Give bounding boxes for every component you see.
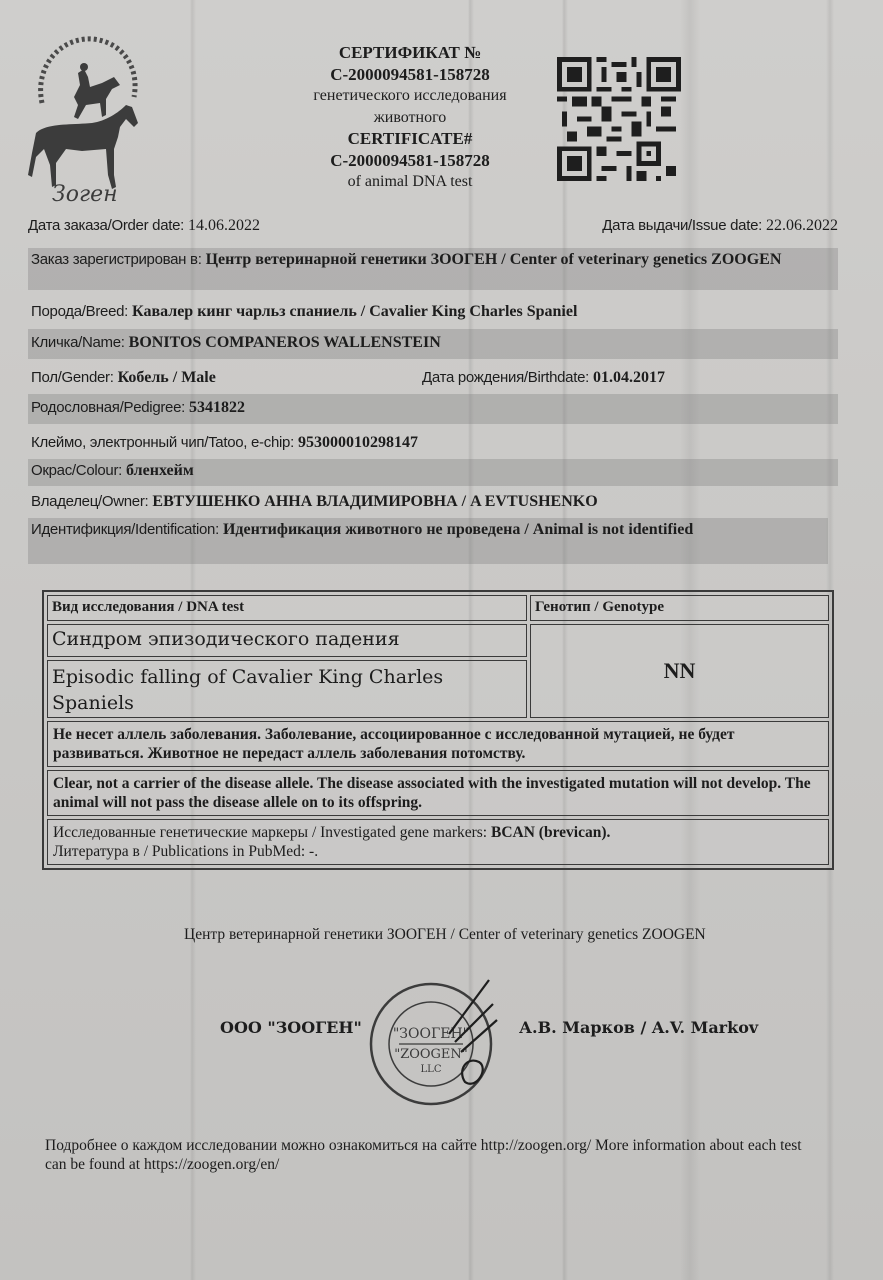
subtitle-ru-2: животного xyxy=(265,107,555,129)
title-ru: СЕРТИФИКАТ № xyxy=(265,42,555,64)
dates-row: Дата заказа/Order date: 14.06.2022 Дата … xyxy=(28,217,838,235)
title-en: CERTIFICATE# xyxy=(265,128,555,150)
publications: Литература в / Publications in PubMed: -… xyxy=(53,843,318,860)
certificate-page: Зоген СЕРТИФИКАТ № C-2000094581-158728 г… xyxy=(0,0,883,1280)
gene-markers: Исследованные генетические маркеры / Inv… xyxy=(47,819,829,865)
certificate-number-ru: C-2000094581-158728 xyxy=(265,64,555,86)
chip-field: Клеймо, электронный чип/Tatoo, e-chip: 9… xyxy=(28,432,838,454)
pedigree-field: Родословная/Pedigree: 5341822 xyxy=(28,394,838,424)
breed-field: Порода/Breed: Кавалер кинг чарльз спание… xyxy=(28,301,838,323)
genotype-result: NN xyxy=(530,624,829,718)
footer-note: Подробнее о каждом исследовании можно оз… xyxy=(45,1136,805,1174)
gender-birthdate-row: Пол/Gender: Кобель / Male Дата рождения/… xyxy=(28,367,838,389)
result-description-ru: Не несет аллель заболевания. Заболевание… xyxy=(47,721,829,767)
svg-text:Зоген: Зоген xyxy=(52,182,118,205)
issue-date: Дата выдачи/Issue date: 22.06.2022 xyxy=(602,217,838,235)
official-stamp-icon: "ЗООГЕН" "ZOOGEN" LLC xyxy=(365,972,505,1112)
svg-text:LLC: LLC xyxy=(421,1064,442,1075)
column-header-genotype: Генотип / Genotype xyxy=(530,595,829,621)
subtitle-en: of animal DNA test xyxy=(265,171,555,193)
identification-field: Идентификция/Identification: Идентификац… xyxy=(28,518,828,564)
owner-field: Владелец/Owner: ЕВТУШЕНКО АННА ВЛАДИМИРО… xyxy=(28,491,838,513)
result-description-en: Clear, not a carrier of the disease alle… xyxy=(47,770,829,816)
certificate-title: СЕРТИФИКАТ № C-2000094581-158728 генетич… xyxy=(265,42,555,193)
certificate-number-en: C-2000094581-158728 xyxy=(265,150,555,172)
colour-field: Окрас/Colour: бленхейм xyxy=(28,459,838,486)
gender-field: Пол/Gender: Кобель / Male xyxy=(31,369,216,386)
test-name-ru: Синдром эпизодического падения xyxy=(47,624,527,657)
column-header-dna-test: Вид исследования / DNA test xyxy=(47,595,527,621)
zoogen-horse-logo-icon: Зоген xyxy=(22,25,142,205)
signer-name: А.В. Марков / A.V. Markov xyxy=(519,1018,758,1037)
dna-test-table: Вид исследования / DNA test Генотип / Ge… xyxy=(42,590,834,870)
order-date: Дата заказа/Order date: 14.06.2022 xyxy=(28,217,260,234)
birthdate-field: Дата рождения/Birthdate: 01.04.2017 xyxy=(422,369,665,387)
test-name-en: Episodic falling of Cavalier King Charle… xyxy=(47,660,527,718)
registered-at-field: Заказ зарегистрирован в: Центр ветеринар… xyxy=(28,248,838,290)
svg-text:"ZOOGEN": "ZOOGEN" xyxy=(394,1047,468,1062)
organization-name: ООО "ЗООГЕН" xyxy=(220,1018,362,1037)
subtitle-ru-1: генетического исследования xyxy=(265,85,555,107)
name-field: Кличка/Name: BONITOS COMPANEROS WALLENST… xyxy=(28,329,838,359)
qr-code-icon[interactable] xyxy=(557,57,681,181)
